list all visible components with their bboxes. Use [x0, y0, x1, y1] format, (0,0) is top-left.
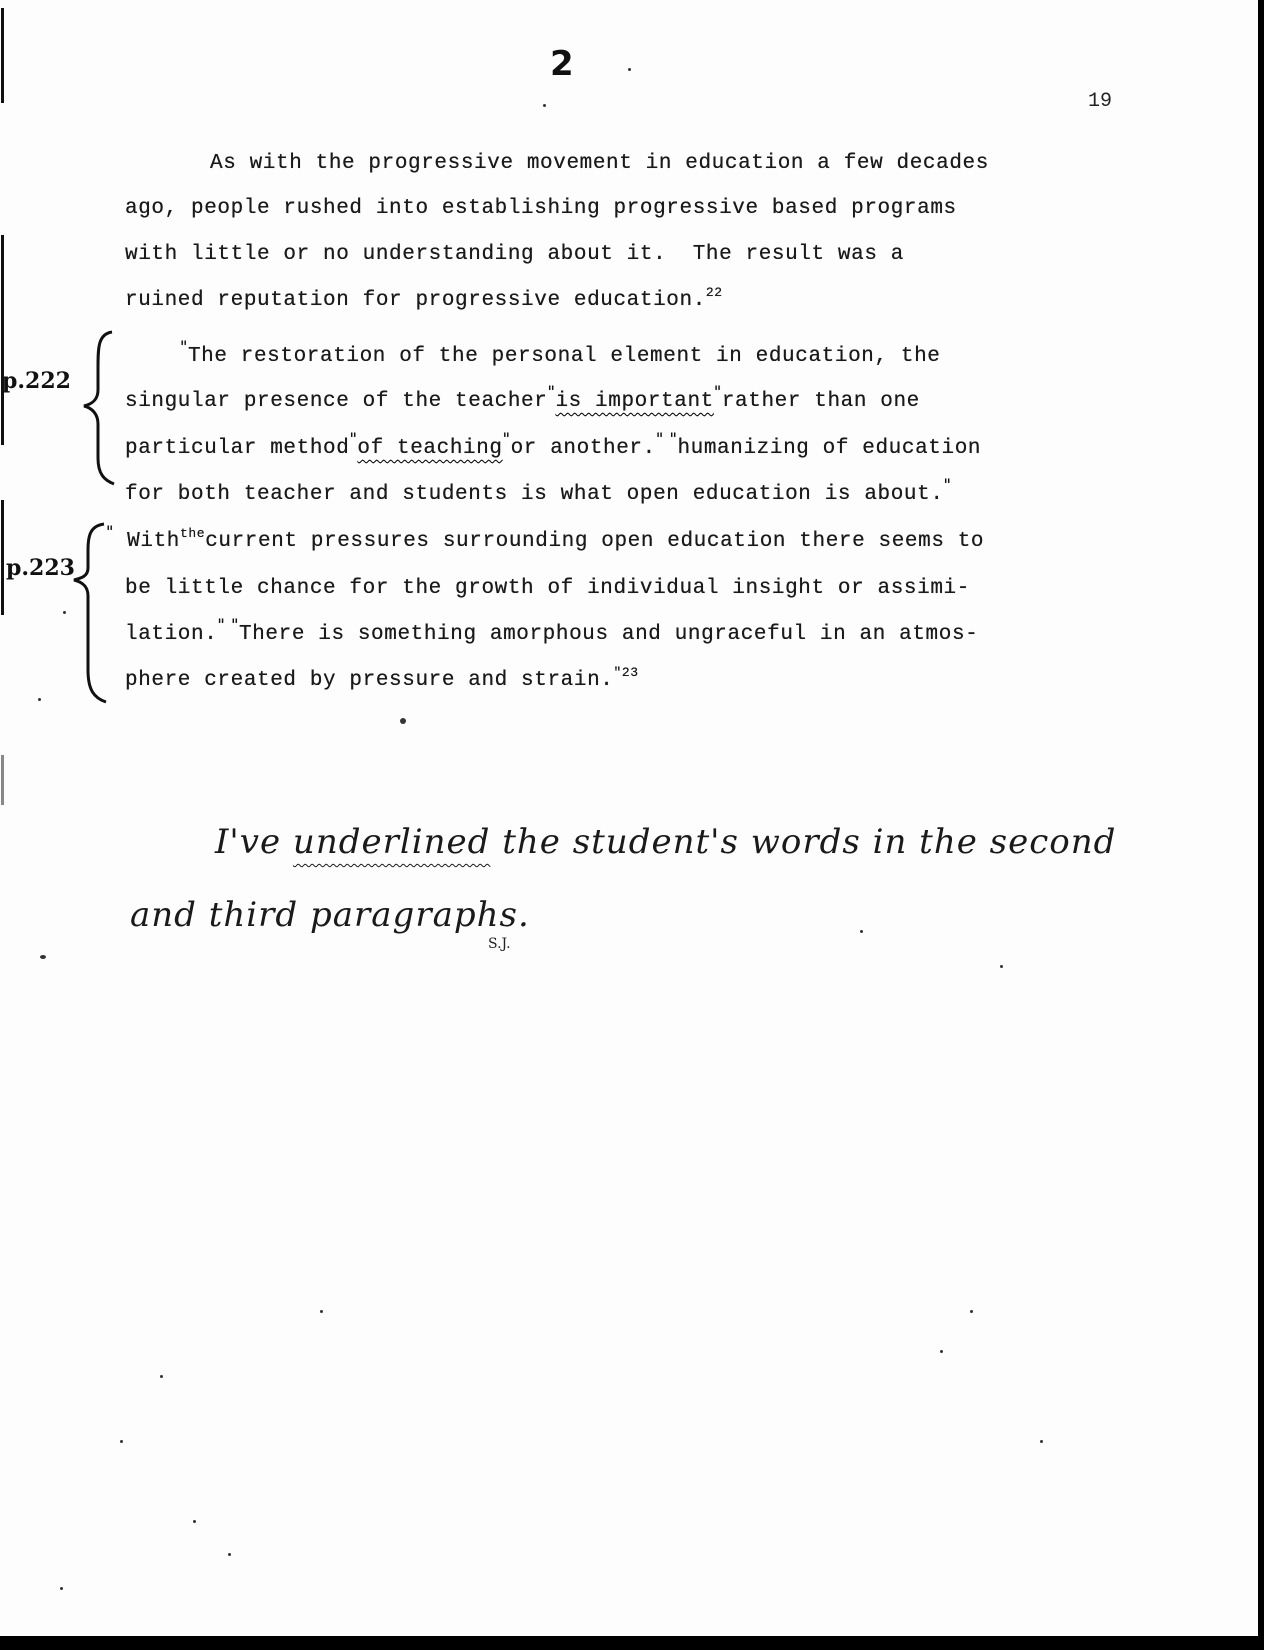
handwritten-comment-line: and third paragraphs. [130, 895, 530, 935]
text-span: for both teacher and students is what op… [125, 483, 944, 506]
hand-underlined-text: underlined [293, 822, 490, 862]
scan-speck [228, 1553, 231, 1556]
text-line: phere created by pressure and strain."23 [125, 669, 639, 692]
scan-border-left [1, 235, 4, 445]
underlined-text: of teaching [357, 437, 502, 460]
text-line: with little or no understanding about it… [125, 243, 904, 266]
text-span: particular method [125, 437, 349, 460]
text-line: ago, people rushed into establishing pro… [125, 197, 957, 220]
scan-speck [63, 611, 66, 614]
scan-speck [60, 1587, 63, 1590]
text-line: particular method"of teaching"or another… [125, 437, 981, 460]
text-span: There is something amorphous and ungrace… [239, 623, 978, 646]
scan-border-bottom [0, 1636, 1264, 1650]
text-span: or another. [511, 437, 656, 460]
handwritten-insert: the [180, 526, 205, 541]
text-line: "The restoration of the personal element… [180, 345, 941, 368]
scan-border-right [1258, 0, 1264, 1636]
hand-text: the student's words in the second [502, 822, 1116, 862]
text-line: lation." "There is something amorphous a… [125, 623, 978, 646]
text-line: " Withthecurrent pressures surrounding o… [106, 530, 984, 553]
scan-speck [543, 104, 546, 107]
text-span: lation. [125, 623, 217, 646]
text-span: humanizing of education [677, 437, 981, 460]
quote-mark: " [180, 337, 188, 356]
scanned-page: 2 19 As with the progressive movement in… [0, 0, 1264, 1650]
quote-mark: " " [656, 429, 678, 448]
scan-border-left [1, 755, 4, 805]
text-span: With [127, 530, 180, 553]
text-span: singular presence of the teacher [125, 390, 547, 413]
scan-speck [38, 698, 41, 701]
margin-note-page-ref: p.222 [2, 368, 71, 394]
scan-speck [193, 1520, 196, 1523]
handwritten-initials: S.J. [488, 936, 511, 952]
brace-icon [70, 520, 110, 706]
scan-speck [970, 1310, 973, 1313]
quote-mark: " [944, 475, 952, 494]
text-line: ruined reputation for progressive educat… [125, 289, 723, 312]
typed-page-number: 19 [1088, 90, 1112, 113]
handwritten-comment-line: I've underlined the student's words in t… [215, 822, 1116, 862]
scan-speck [1000, 965, 1003, 968]
scan-speck [320, 1310, 323, 1313]
text-span: current pressures surrounding open educa… [205, 530, 984, 553]
text-line: be little chance for the growth of indiv… [125, 577, 970, 600]
footnote-marker: "23 [613, 665, 638, 680]
scan-speck [120, 1440, 123, 1443]
scan-speck [1040, 1440, 1043, 1443]
text-line: As with the progressive movement in educ… [210, 152, 989, 175]
brace-icon [80, 328, 120, 488]
quote-mark: " [503, 429, 511, 448]
text-span: ruined reputation for progressive educat… [125, 289, 706, 312]
scan-border-left [1, 8, 4, 103]
scan-speck [940, 1350, 943, 1353]
scan-speck [400, 718, 406, 724]
handwritten-page-number: 2 [550, 44, 574, 84]
scan-speck [160, 1375, 163, 1378]
quote-mark: " [106, 522, 114, 541]
text-span: rather than one [722, 390, 920, 413]
footnote-marker: 22 [706, 285, 723, 300]
text-line: singular presence of the teacher"is impo… [125, 390, 920, 413]
scan-speck [628, 68, 631, 71]
hand-text: I've [215, 822, 281, 862]
text-line: for both teacher and students is what op… [125, 483, 952, 506]
scan-speck [40, 955, 46, 959]
margin-note-page-ref: p.223 [6, 555, 75, 581]
text-span: phere created by pressure and strain. [125, 669, 613, 692]
text-span: The restoration of the personal element … [188, 345, 941, 368]
quote-mark: " " [217, 615, 239, 634]
quote-mark: " [714, 382, 722, 401]
scan-border-left [1, 500, 4, 615]
scan-speck [860, 930, 863, 933]
underlined-text: is important [555, 390, 713, 413]
